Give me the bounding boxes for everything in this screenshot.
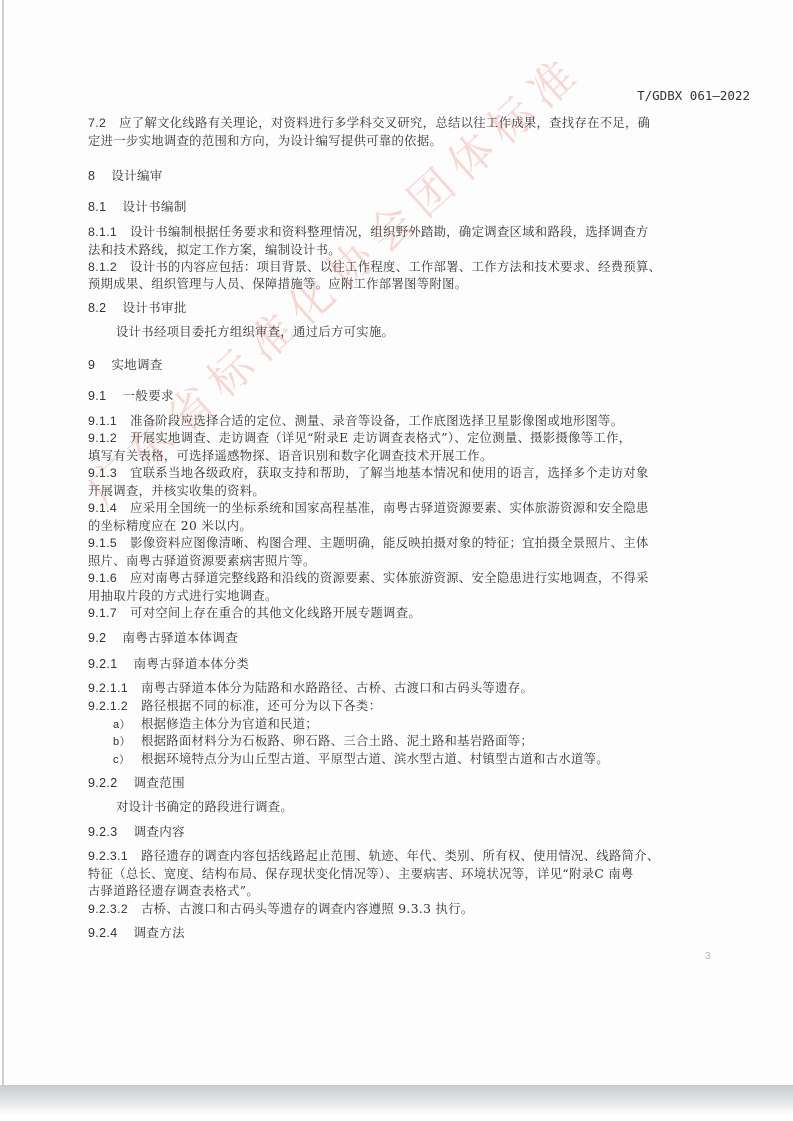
clause-text: 根据修造主体分为官道和民道；: [141, 717, 318, 731]
clause-text: 照片、南粤古驿道资源要素病害照片等。: [88, 554, 316, 568]
paragraph-line: 9.2.1.2路径根据不同的标准，还可分为以下各类：: [88, 696, 381, 714]
page-number: 3: [705, 951, 711, 962]
clause-text: 可对空间上存在重合的其他文化线路开展专题调查。: [130, 606, 421, 620]
clause-number: 9.1.1: [88, 414, 117, 428]
clause-text: 应采用全国统一的坐标系统和国家高程基准，南粤古驿道资源要素、实体旅游资源和安全隐…: [130, 501, 649, 515]
clause-number: 9.2.1.2: [88, 699, 128, 713]
clause-text: 定进一步实地调查的范围和方向，为设计编写提供可靠的依据。: [88, 134, 442, 148]
clause-number: 9.2.3.2: [88, 902, 128, 916]
clause-text: 应了解文化线路有关理论，对资料进行多学科交叉研究，总结以往工作成果，查找存在不足…: [119, 116, 650, 130]
clause-number: 9.1.5: [88, 536, 117, 550]
paragraph-line: 9.1.1准备阶段应选择合适的定位、测量、录音等设备，工作底图选择卫星影像图或地…: [88, 411, 623, 429]
paragraph-line: 预期成果、组织管理与人员、保障措施等。应附工作部署图等附图。: [88, 274, 467, 292]
clause-text: 实地调查: [111, 357, 162, 372]
paragraph-line: 8.1.1设计书编制根据任务要求和资料整理情况，组织野外踏勘，确定调查区域和路段…: [88, 222, 649, 240]
paragraph-line: 的坐标精度应在 20 米以内。: [88, 516, 252, 534]
clause-number: 9.1.3: [88, 466, 117, 480]
section-heading: 9.2.2调查范围: [88, 773, 185, 791]
paragraph-line: 用抽取片段的方式进行实地调查。: [88, 586, 278, 604]
clause-text: 开展实地调查、走访调查（详见“附录E 走访调查表格式”）、定位测量、摄影摄像等工…: [130, 431, 631, 445]
clause-text: 用抽取片段的方式进行实地调查。: [88, 589, 278, 603]
clause-text: 古桥、古渡口和古码头等遗存的调查内容遵照 9.3.3 执行。: [141, 902, 473, 916]
paragraph-line: 9.2.1.1南粤古驿道本体分为陆路和水路路径、古桥、古渡口和古码头等遗存。: [88, 678, 533, 696]
clause-number: 8.2: [88, 301, 106, 315]
section-heading: 9.2.3调查内容: [88, 822, 185, 840]
list-item: c）根据环境特点分为山丘型古道、平原型古道、滨水型古道、村镇型古道和古水道等。: [113, 749, 609, 767]
clause-number: b）: [113, 733, 125, 749]
paragraph-line: 古驿道路径遗存调查表格式”。: [88, 881, 259, 899]
clause-number: 9.1.4: [88, 501, 117, 515]
clause-text: 路径根据不同的标准，还可分为以下各类：: [141, 699, 381, 713]
section-heading: 9.1一般要求: [88, 386, 174, 404]
paragraph-line: 9.1.6应对南粤古驿道完整线路和沿线的资源要素、实体旅游资源、安全隐患进行实地…: [88, 568, 649, 586]
clause-text: 填写有关表格，可选择遥感物探、语音识别和数字化调查技术开展工作。: [88, 449, 493, 463]
list-item: b）根据路面材料分为石板路、卵石路、三合土路、泥土路和基岩路面等；: [113, 731, 533, 749]
section-heading: 8.2设计书审批: [88, 298, 187, 316]
clause-number: 8.1: [88, 200, 106, 214]
clause-text: 设计书经项目委托方组织审查，通过后方可实施。: [116, 325, 394, 339]
paragraph-line: 开展调查，并核实收集的资料。: [88, 481, 265, 499]
clause-number: 9: [88, 358, 95, 372]
clause-text: 路径遗存的调查内容包括线路起止范围、轨迹、年代、类别、所有权、使用情况、线路简介…: [141, 849, 660, 863]
clause-number: 9.2.1.1: [88, 681, 128, 695]
clause-number: 8.1.1: [88, 225, 117, 239]
clause-number: 8.1.2: [88, 260, 117, 274]
clause-number: 9.1: [88, 389, 106, 403]
clause-text: 根据路面材料分为石板路、卵石路、三合土路、泥土路和基岩路面等；: [141, 734, 533, 748]
list-item: a）根据修造主体分为官道和民道；: [113, 714, 318, 732]
clause-text: 南粤古驿道本体分类: [134, 656, 250, 671]
clause-text: 古驿道路径遗存调查表格式”。: [88, 884, 259, 898]
section-heading: 9实地调查: [88, 355, 163, 373]
paragraph-line: 8.1.2设计书的内容应包括：项目背景、以往工作程度、工作部署、工作方法和技术要…: [88, 257, 661, 275]
clause-number: a）: [113, 716, 125, 732]
paragraph-line: 9.1.5影像资料应图像清晰、构图合理、主题明确，能反映拍摄对象的特征；宜拍摄全…: [88, 533, 649, 551]
clause-text: 调查方法: [134, 925, 185, 940]
clause-text: 影像资料应图像清晰、构图合理、主题明确，能反映拍摄对象的特征；宜拍摄全景照片、主…: [130, 536, 649, 550]
clause-text: 应对南粤古驿道完整线路和沿线的资源要素、实体旅游资源、安全隐患进行实地调查，不得…: [130, 571, 649, 585]
section-heading: 9.2.1南粤古驿道本体分类: [88, 654, 249, 672]
paragraph-line: 对设计书确定的路段进行调查。: [116, 797, 293, 815]
clause-number: 9.2.3: [88, 825, 118, 839]
clause-number: 8: [88, 169, 95, 183]
clause-text: 调查范围: [134, 775, 185, 790]
clause-text: 调查内容: [134, 824, 185, 839]
paragraph-line: 7.2应了解文化线路有关理论，对资料进行多学科交叉研究，总结以往工作成果，查找存…: [88, 113, 650, 131]
clause-text: 法和技术路线，拟定工作方案，编制设计书。: [88, 243, 341, 257]
clause-text: 预期成果、组织管理与人员、保障措施等。应附工作部署图等附图。: [88, 277, 467, 291]
clause-text: 的坐标精度应在 20 米以内。: [88, 519, 252, 533]
clause-number: 9.1.6: [88, 571, 117, 585]
clause-text: 准备阶段应选择合适的定位、测量、录音等设备，工作底图选择卫星影像图或地形图等。: [130, 414, 623, 428]
paragraph-line: 9.1.7可对空间上存在重合的其他文化线路开展专题调查。: [88, 603, 421, 621]
paragraph-line: 9.1.3宜联系当地各级政府，获取支持和帮助，了解当地基本情况和使用的语言，选择…: [88, 463, 649, 481]
clause-text: 设计书编制根据任务要求和资料整理情况，组织野外踏勘，确定调查区域和路段，选择调查…: [130, 225, 649, 239]
clause-number: 7.2: [88, 116, 106, 130]
clause-text: 宜联系当地各级政府，获取支持和帮助，了解当地基本情况和使用的语言，选择多个走访对…: [130, 466, 649, 480]
clause-text: 根据环境特点分为山丘型古道、平原型古道、滨水型古道、村镇型古道和古水道等。: [141, 752, 609, 766]
clause-number: 9.1.7: [88, 606, 117, 620]
paragraph-line: 9.2.3.1路径遗存的调查内容包括线路起止范围、轨迹、年代、类别、所有权、使用…: [88, 846, 660, 864]
paragraph-line: 9.1.2开展实地调查、走访调查（详见“附录E 走访调查表格式”）、定位测量、摄…: [88, 428, 631, 446]
clause-text: 一般要求: [122, 388, 173, 403]
clause-text: 设计书编制: [122, 199, 186, 214]
clause-text: 南粤古驿道本体调查: [122, 630, 238, 645]
paragraph-line: 设计书经项目委托方组织审查，通过后方可实施。: [116, 322, 394, 340]
clause-number: 9.1.2: [88, 431, 117, 445]
clause-number: 9.2.4: [88, 926, 118, 940]
section-heading: 8.1设计书编制: [88, 197, 187, 215]
paragraph-line: 定进一步实地调查的范围和方向，为设计编写提供可靠的依据。: [88, 131, 442, 149]
paragraph-line: 填写有关表格，可选择遥感物探、语音识别和数字化调查技术开展工作。: [88, 446, 493, 464]
paragraph-line: 照片、南粤古驿道资源要素病害照片等。: [88, 551, 316, 569]
clause-number: c）: [113, 751, 125, 767]
document-code: T/GDBX 061—2022: [637, 88, 750, 103]
clause-text: 设计书审批: [122, 300, 186, 315]
clause-text: 特征（总长、宽度、结构布局、保存现状变化情况等）、主要病害、环境状况等，详见“附…: [88, 867, 634, 881]
clause-text: 开展调查，并核实收集的资料。: [88, 484, 265, 498]
clause-number: 9.2.3.1: [88, 849, 128, 863]
clause-text: 设计编审: [111, 168, 162, 183]
paragraph-line: 特征（总长、宽度、结构布局、保存现状变化情况等）、主要病害、环境状况等，详见“附…: [88, 864, 634, 882]
section-heading: 8设计编审: [88, 166, 163, 184]
page-shadow: [0, 1085, 793, 1115]
paragraph-line: 法和技术路线，拟定工作方案，编制设计书。: [88, 240, 341, 258]
clause-text: 对设计书确定的路段进行调查。: [116, 800, 293, 814]
section-heading: 9.2南粤古驿道本体调查: [88, 628, 238, 646]
clause-number: 9.2: [88, 631, 106, 645]
section-heading: 9.2.4调查方法: [88, 923, 185, 941]
clause-number: 9.2.2: [88, 776, 118, 790]
paragraph-line: 9.1.4应采用全国统一的坐标系统和国家高程基准，南粤古驿道资源要素、实体旅游资…: [88, 498, 649, 516]
clause-text: 设计书的内容应包括：项目背景、以往工作程度、工作部署、工作方法和技术要求、经费预…: [130, 260, 661, 274]
clause-text: 南粤古驿道本体分为陆路和水路路径、古桥、古渡口和古码头等遗存。: [141, 681, 533, 695]
clause-number: 9.2.1: [88, 657, 118, 671]
paragraph-line: 9.2.3.2古桥、古渡口和古码头等遗存的调查内容遵照 9.3.3 执行。: [88, 899, 474, 917]
